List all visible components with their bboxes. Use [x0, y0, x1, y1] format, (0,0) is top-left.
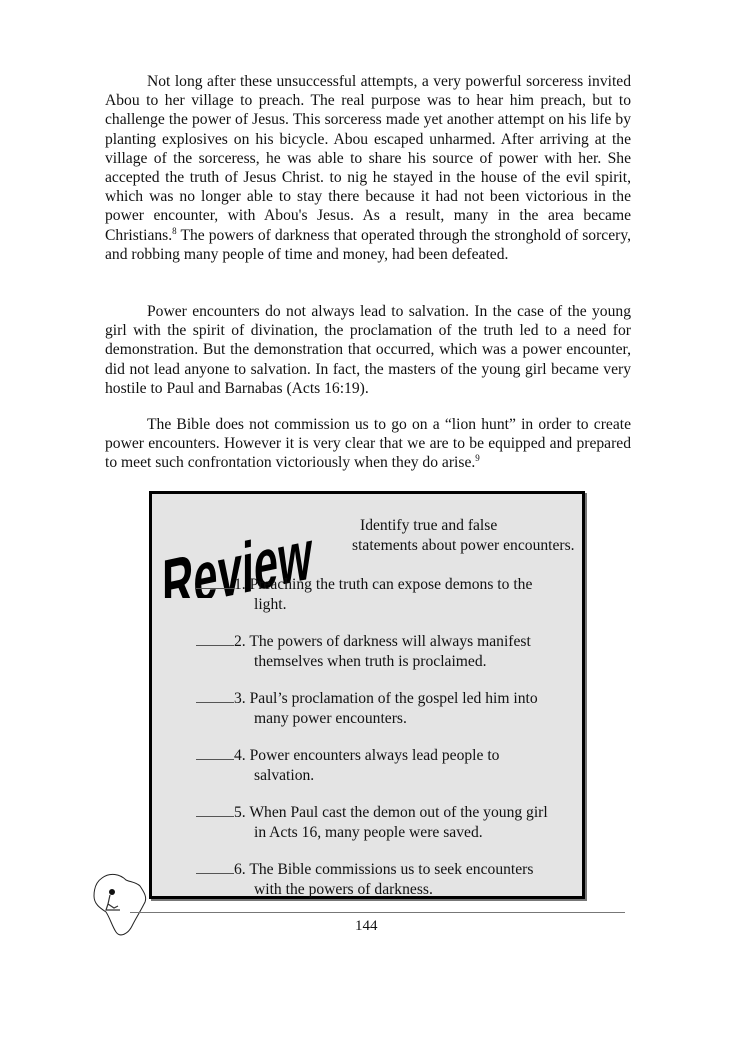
page-number: 144 [355, 918, 378, 935]
review-item: 6. The Bible commissions us to seek enco… [196, 859, 576, 900]
footnote-marker: 9 [475, 453, 480, 463]
answer-blank[interactable] [196, 631, 234, 646]
body-paragraph: The Bible does not commission us to go o… [105, 415, 631, 473]
africa-map-icon [90, 870, 150, 940]
review-item: 4. Power encounters always lead people t… [196, 745, 576, 786]
answer-blank[interactable] [196, 574, 234, 589]
review-item: 5. When Paul cast the demon out of the y… [196, 802, 576, 843]
review-item: 2. The powers of darkness will always ma… [196, 631, 576, 672]
body-paragraph: Not long after these unsuccessful attemp… [105, 72, 631, 264]
answer-blank[interactable] [196, 745, 234, 760]
answer-blank[interactable] [196, 859, 234, 874]
instructions-line: statements about power encounters. [352, 537, 575, 554]
review-item: 3. Paul’s proclamation of the gospel led… [196, 688, 576, 729]
review-item: 1. Preaching the truth can expose demons… [196, 574, 576, 615]
paragraph-text: The Bible does not commission us to go o… [105, 416, 631, 471]
instructions-line: Identify true and false [352, 516, 575, 536]
paragraph-text: Not long after these unsuccessful attemp… [105, 73, 631, 244]
paragraph-text: The powers of darkness that operated thr… [105, 227, 631, 263]
answer-blank[interactable] [196, 802, 234, 817]
footer-divider [130, 912, 625, 913]
answer-blank[interactable] [196, 688, 234, 703]
review-box: Review Identify true and false statement… [149, 491, 585, 899]
body-paragraph: Power encounters do not always lead to s… [105, 302, 631, 398]
paragraph-text: Power encounters do not always lead to s… [105, 303, 631, 397]
review-instructions: Identify true and false statements about… [352, 516, 575, 556]
